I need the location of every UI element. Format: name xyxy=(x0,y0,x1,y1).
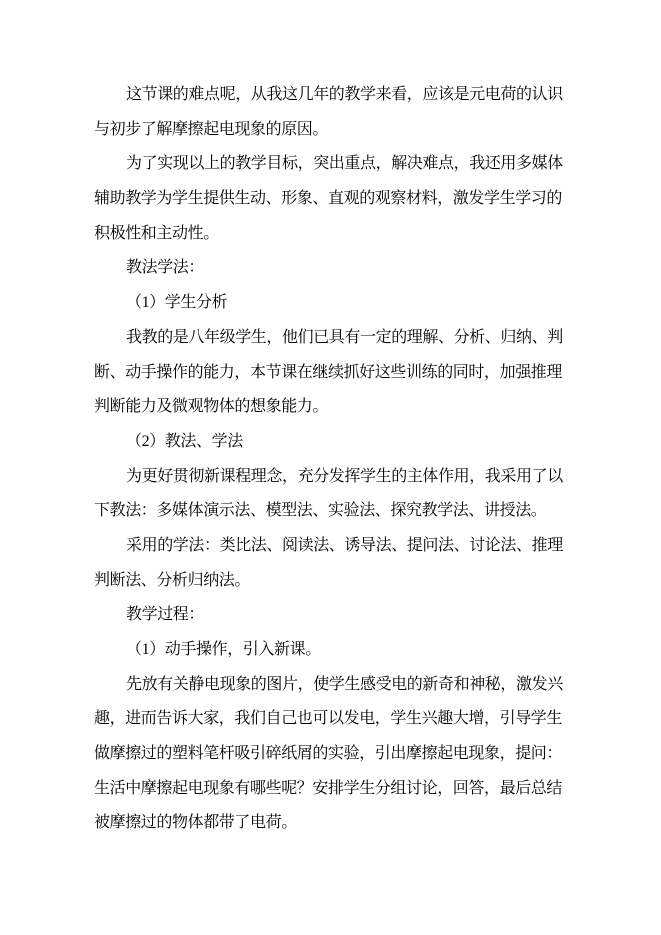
text-line: （1）学生分析 xyxy=(94,286,566,321)
text-line: 与初步了解摩擦起电现象的原因。 xyxy=(94,113,566,148)
text-line: 为了实现以上的教学目标，突出重点，解决难点，我还用多媒体 xyxy=(94,147,566,182)
text-line: 做摩擦过的塑料笔杆吸引碎纸屑的实验，引出摩擦起电现象，提问： xyxy=(94,737,566,772)
page-background: { "page": { "background_color": "#ffffff… xyxy=(0,0,661,935)
text-line: 教学过程： xyxy=(94,598,566,633)
text-line: 我教的是八年级学生，他们已具有一定的理解、分析、归纳、判 xyxy=(94,321,566,356)
paragraph: 教学过程： xyxy=(94,598,566,633)
paragraph: （1）学生分析 xyxy=(94,286,566,321)
text-line: 辅助教学为学生提供生动、形象、直观的观察材料，激发学生学习的 xyxy=(94,182,566,217)
text-line: 断、动手操作的能力，本节课在继续抓好这些训练的同时，加强推理 xyxy=(94,356,566,391)
paragraph: 教法学法： xyxy=(94,251,566,286)
text-line: 判断能力及微观物体的想象能力。 xyxy=(94,390,566,425)
text-line: （1）动手操作，引入新课。 xyxy=(94,633,566,668)
paragraph: （2）教法、学法 xyxy=(94,425,566,460)
text-line: 这节课的难点呢，从我这几年的教学来看，应该是元电荷的认识 xyxy=(94,78,566,113)
text-line: （2）教法、学法 xyxy=(94,425,566,460)
paragraph: 这节课的难点呢，从我这几年的教学来看，应该是元电荷的认识与初步了解摩擦起电现象的… xyxy=(94,78,566,147)
text-line: 生活中摩擦起电现象有哪些呢？安排学生分组讨论，回答，最后总结 xyxy=(94,772,566,807)
paragraph: 为了实现以上的教学目标，突出重点，解决难点，我还用多媒体辅助教学为学生提供生动、… xyxy=(94,147,566,251)
paragraph: 为更好贯彻新课程理念，充分发挥学生的主体作用，我采用了以下教法：多媒体演示法、模… xyxy=(94,460,566,529)
document-page: 这节课的难点呢，从我这几年的教学来看，应该是元电荷的认识与初步了解摩擦起电现象的… xyxy=(94,78,566,841)
text-line: 采用的学法：类比法、阅读法、诱导法、提问法、讨论法、推理 xyxy=(94,529,566,564)
text-line: 教法学法： xyxy=(94,251,566,286)
text-line: 趣，进而告诉大家，我们自己也可以发电，学生兴趣大增，引导学生 xyxy=(94,702,566,737)
text-line: 为更好贯彻新课程理念，充分发挥学生的主体作用，我采用了以 xyxy=(94,460,566,495)
text-line: 下教法：多媒体演示法、模型法、实验法、探究教学法、讲授法。 xyxy=(94,494,566,529)
paragraph: （1）动手操作，引入新课。 xyxy=(94,633,566,668)
text-line: 判断法、分析归纳法。 xyxy=(94,564,566,599)
paragraph: 采用的学法：类比法、阅读法、诱导法、提问法、讨论法、推理判断法、分析归纳法。 xyxy=(94,529,566,598)
paragraph: 我教的是八年级学生，他们已具有一定的理解、分析、归纳、判断、动手操作的能力，本节… xyxy=(94,321,566,425)
paragraph: 先放有关静电现象的图片，使学生感受电的新奇和神秘，激发兴趣，进而告诉大家，我们自… xyxy=(94,668,566,841)
text-line: 被摩擦过的物体都带了电荷。 xyxy=(94,806,566,841)
text-line: 积极性和主动性。 xyxy=(94,217,566,252)
text-line: 先放有关静电现象的图片，使学生感受电的新奇和神秘，激发兴 xyxy=(94,668,566,703)
